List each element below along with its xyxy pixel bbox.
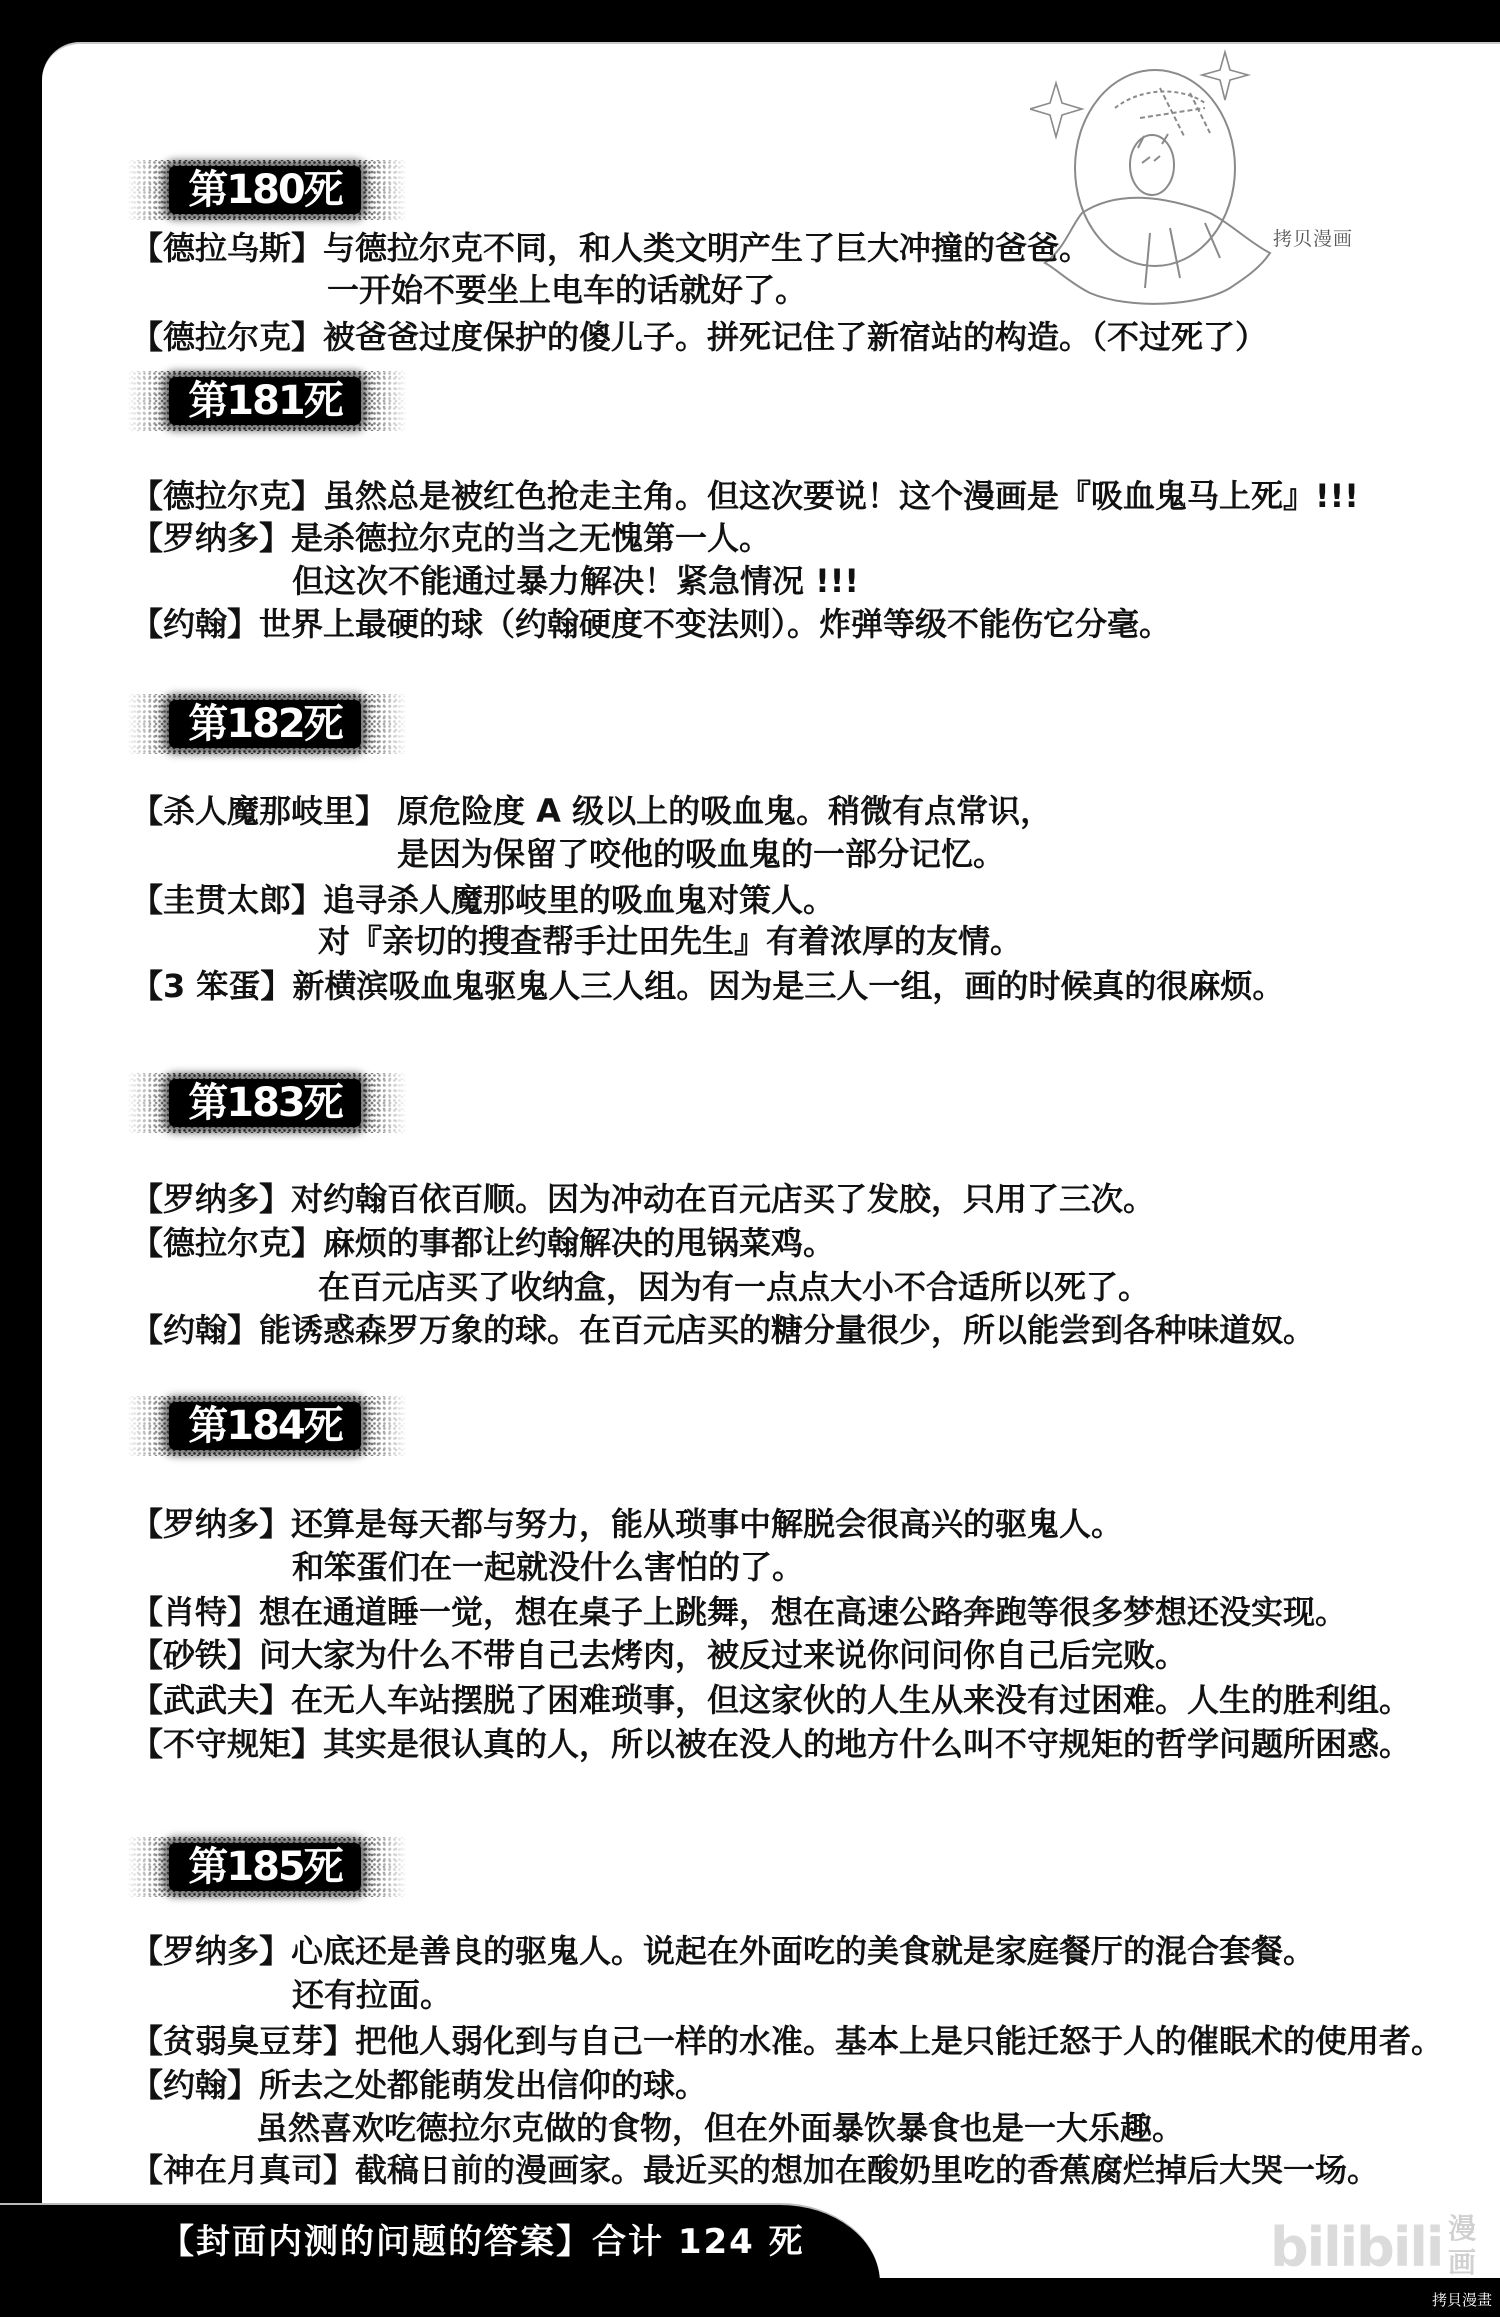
- character-label: 【3 笨蛋】: [131, 967, 292, 1005]
- character-label: 【砂铁】: [131, 1636, 259, 1674]
- character-label: 【贫弱臭豆芽】: [131, 2022, 355, 2060]
- character-label: 【约翰】: [131, 2066, 259, 2104]
- entry-line: 【德拉乌斯】与德拉尔克不同，和人类文明产生了巨大冲撞的爸爸。: [131, 226, 1091, 270]
- entry-line: 【贫弱臭豆芽】把他人弱化到与自己一样的水准。基本上是只能迁怒于人的催眠术的使用者…: [131, 2019, 1443, 2063]
- entry-line: 【圭贯太郎】追寻杀人魔那岐里的吸血鬼对策人。: [131, 878, 835, 922]
- character-description: 虽然总是被红色抢走主角。但这次要说！这个漫画是『吸血鬼马上死』!!!: [323, 477, 1359, 515]
- chapter-title: 第185死: [175, 1841, 355, 1893]
- character-label: 【罗纳多】: [131, 1932, 291, 1970]
- character-label: 【肖特】: [131, 1593, 259, 1631]
- entry-line-continued: 是因为保留了咬他的吸血鬼的一部分记忆。: [397, 832, 1005, 876]
- character-description: 其实是很认真的人，所以被在没人的地方什么叫不守规矩的哲学问题所困惑。: [323, 1725, 1411, 1763]
- character-description: 与德拉尔克不同，和人类文明产生了巨大冲撞的爸爸。: [323, 229, 1091, 267]
- chapter-badge-180: 第180死: [127, 160, 407, 220]
- copy-manga-watermark: 拷贝漫画: [1273, 224, 1353, 251]
- character-label: 【约翰】: [131, 1311, 259, 1349]
- entry-line: 【约翰】所去之处都能萌发出信仰的球。: [131, 2063, 707, 2107]
- character-description: 麻烦的事都让约翰解决的甩锅菜鸡。: [323, 1224, 835, 1262]
- character-description: 所去之处都能萌发出信仰的球。: [259, 2066, 707, 2104]
- chapter-title: 第184死: [175, 1400, 355, 1452]
- chapter-title: 第180死: [175, 164, 355, 216]
- entry-line: 【罗纳多】对约翰百依百顺。因为冲动在百元店买了发胶，只用了三次。: [131, 1177, 1155, 1221]
- entry-line-continued: 但这次不能通过暴力解决！紧急情况 !!!: [292, 559, 859, 603]
- character-label: 【罗纳多】: [131, 1180, 291, 1218]
- character-description: 问大家为什么不带自己去烤肉，被反过来说你问问你自己后完败。: [259, 1636, 1187, 1674]
- chapter-title: 第181死: [175, 375, 355, 427]
- character-label: 【德拉尔克】: [131, 318, 323, 356]
- cover-quiz-answer: 【封面内测的问题的答案】合计 124 死: [160, 2220, 805, 2264]
- entry-line: 【3 笨蛋】新横滨吸血鬼驱鬼人三人组。因为是三人一组，画的时候真的很麻烦。: [131, 964, 1284, 1008]
- character-description: 对约翰百依百顺。因为冲动在百元店买了发胶，只用了三次。: [291, 1180, 1155, 1218]
- character-label: 【德拉尔克】: [131, 1224, 323, 1262]
- chapter-badge-182: 第182死: [127, 694, 407, 754]
- character-description: 世界上最硬的球（约翰硬度不变法则）。炸弹等级不能伤它分毫。: [259, 605, 1171, 643]
- character-label: 【罗纳多】: [131, 519, 291, 557]
- entry-line-continued: 虽然喜欢吃德拉尔克做的食物，但在外面暴饮暴食也是一大乐趣。: [256, 2106, 1184, 2150]
- character-label: 【约翰】: [131, 605, 259, 643]
- entry-line: 【神在月真司】截稿日前的漫画家。最近买的想加在酸奶里吃的香蕉腐烂掉后大哭一场。: [131, 2148, 1379, 2192]
- character-description: 在无人车站摆脱了困难琐事，但这家伙的人生从来没有过困难。人生的胜利组。: [291, 1681, 1411, 1719]
- entry-line: 【德拉尔克】虽然总是被红色抢走主角。但这次要说！这个漫画是『吸血鬼马上死』!!!: [131, 474, 1359, 518]
- chapter-title: 第182死: [175, 698, 355, 750]
- character-label: 【神在月真司】: [131, 2151, 355, 2189]
- manga-label: 漫画: [1448, 2212, 1478, 2280]
- entry-line-continued: 对『亲切的搜查帮手辻田先生』有着浓厚的友情。: [318, 919, 1022, 963]
- character-description: 被爸爸过度保护的傻儿子。拼死记住了新宿站的构造。（不过死了）: [323, 318, 1267, 356]
- character-label: 【杀人魔那岐里】: [131, 792, 387, 830]
- entry-line: 【约翰】能诱惑森罗万象的球。在百元店买的糖分量很少，所以能尝到各种味道奴。: [131, 1308, 1315, 1352]
- entry-line: 【肖特】想在通道睡一觉，想在桌子上跳舞，想在高速公路奔跑等很多梦想还没实现。: [131, 1590, 1347, 1634]
- entry-line: 【武武夫】在无人车站摆脱了困难琐事，但这家伙的人生从来没有过困难。人生的胜利组。: [131, 1678, 1411, 1722]
- bilibili-logo-icon: bilibili: [1270, 2218, 1442, 2278]
- character-description: 还算是每天都与努力，能从琐事中解脱会很高兴的驱鬼人。: [291, 1505, 1123, 1543]
- chapter-badge-181: 第181死: [127, 371, 407, 431]
- entry-line-continued: 还有拉面。: [292, 1973, 452, 2017]
- chapter-badge-184: 第184死: [127, 1396, 407, 1456]
- character-label: 【武武夫】: [131, 1681, 291, 1719]
- character-description: 原危险度 A 级以上的吸血鬼。稍微有点常识，: [387, 792, 1052, 830]
- character-description: 追寻杀人魔那岐里的吸血鬼对策人。: [323, 881, 835, 919]
- entry-line: 【罗纳多】还算是每天都与努力，能从琐事中解脱会很高兴的驱鬼人。: [131, 1502, 1123, 1546]
- entry-line-continued: 在百元店买了收纳盒，因为有一点点大小不合适所以死了。: [318, 1265, 1150, 1309]
- entry-line: 【约翰】世界上最硬的球（约翰硬度不变法则）。炸弹等级不能伤它分毫。: [131, 602, 1171, 646]
- character-label: 【德拉乌斯】: [131, 229, 323, 267]
- character-description: 想在通道睡一觉，想在桌子上跳舞，想在高速公路奔跑等很多梦想还没实现。: [259, 1593, 1347, 1631]
- character-description: 把他人弱化到与自己一样的水准。基本上是只能迁怒于人的催眠术的使用者。: [355, 2022, 1443, 2060]
- entry-line: 【德拉尔克】被爸爸过度保护的傻儿子。拼死记住了新宿站的构造。（不过死了）: [131, 315, 1267, 359]
- entry-line: 【罗纳多】心底还是善良的驱鬼人。说起在外面吃的美食就是家庭餐厅的混合套餐。: [131, 1929, 1315, 1973]
- character-description: 新横滨吸血鬼驱鬼人三人组。因为是三人一组，画的时候真的很麻烦。: [292, 967, 1284, 1005]
- chapter-title: 第183死: [175, 1077, 355, 1129]
- bilibili-manga-watermark: bilibili 漫画: [1270, 2218, 1480, 2293]
- copy-manga-corner-watermark: 拷貝漫畫: [1432, 2289, 1492, 2310]
- entry-line: 【罗纳多】是杀德拉尔克的当之无愧第一人。: [131, 516, 771, 560]
- character-description: 是杀德拉尔克的当之无愧第一人。: [291, 519, 771, 557]
- entry-line: 【砂铁】问大家为什么不带自己去烤肉，被反过来说你问问你自己后完败。: [131, 1633, 1187, 1677]
- character-description: 能诱惑森罗万象的球。在百元店买的糖分量很少，所以能尝到各种味道奴。: [259, 1311, 1315, 1349]
- entry-line-continued: 一开始不要坐上电车的话就好了。: [327, 268, 807, 312]
- character-description: 心底还是善良的驱鬼人。说起在外面吃的美食就是家庭餐厅的混合套餐。: [291, 1932, 1315, 1970]
- chapter-badge-183: 第183死: [127, 1073, 407, 1133]
- entry-line: 【德拉尔克】麻烦的事都让约翰解决的甩锅菜鸡。: [131, 1221, 835, 1265]
- entry-line: 【杀人魔那岐里】原危险度 A 级以上的吸血鬼。稍微有点常识，: [131, 789, 1052, 833]
- character-label: 【不守规矩】: [131, 1725, 323, 1763]
- entry-line-continued: 和笨蛋们在一起就没什么害怕的了。: [292, 1545, 804, 1589]
- entry-line: 【不守规矩】其实是很认真的人，所以被在没人的地方什么叫不守规矩的哲学问题所困惑。: [131, 1722, 1411, 1766]
- chapter-badge-185: 第185死: [127, 1837, 407, 1897]
- character-label: 【圭贯太郎】: [131, 881, 323, 919]
- character-label: 【德拉尔克】: [131, 477, 323, 515]
- character-label: 【罗纳多】: [131, 1505, 291, 1543]
- character-description: 截稿日前的漫画家。最近买的想加在酸奶里吃的香蕉腐烂掉后大哭一场。: [355, 2151, 1379, 2189]
